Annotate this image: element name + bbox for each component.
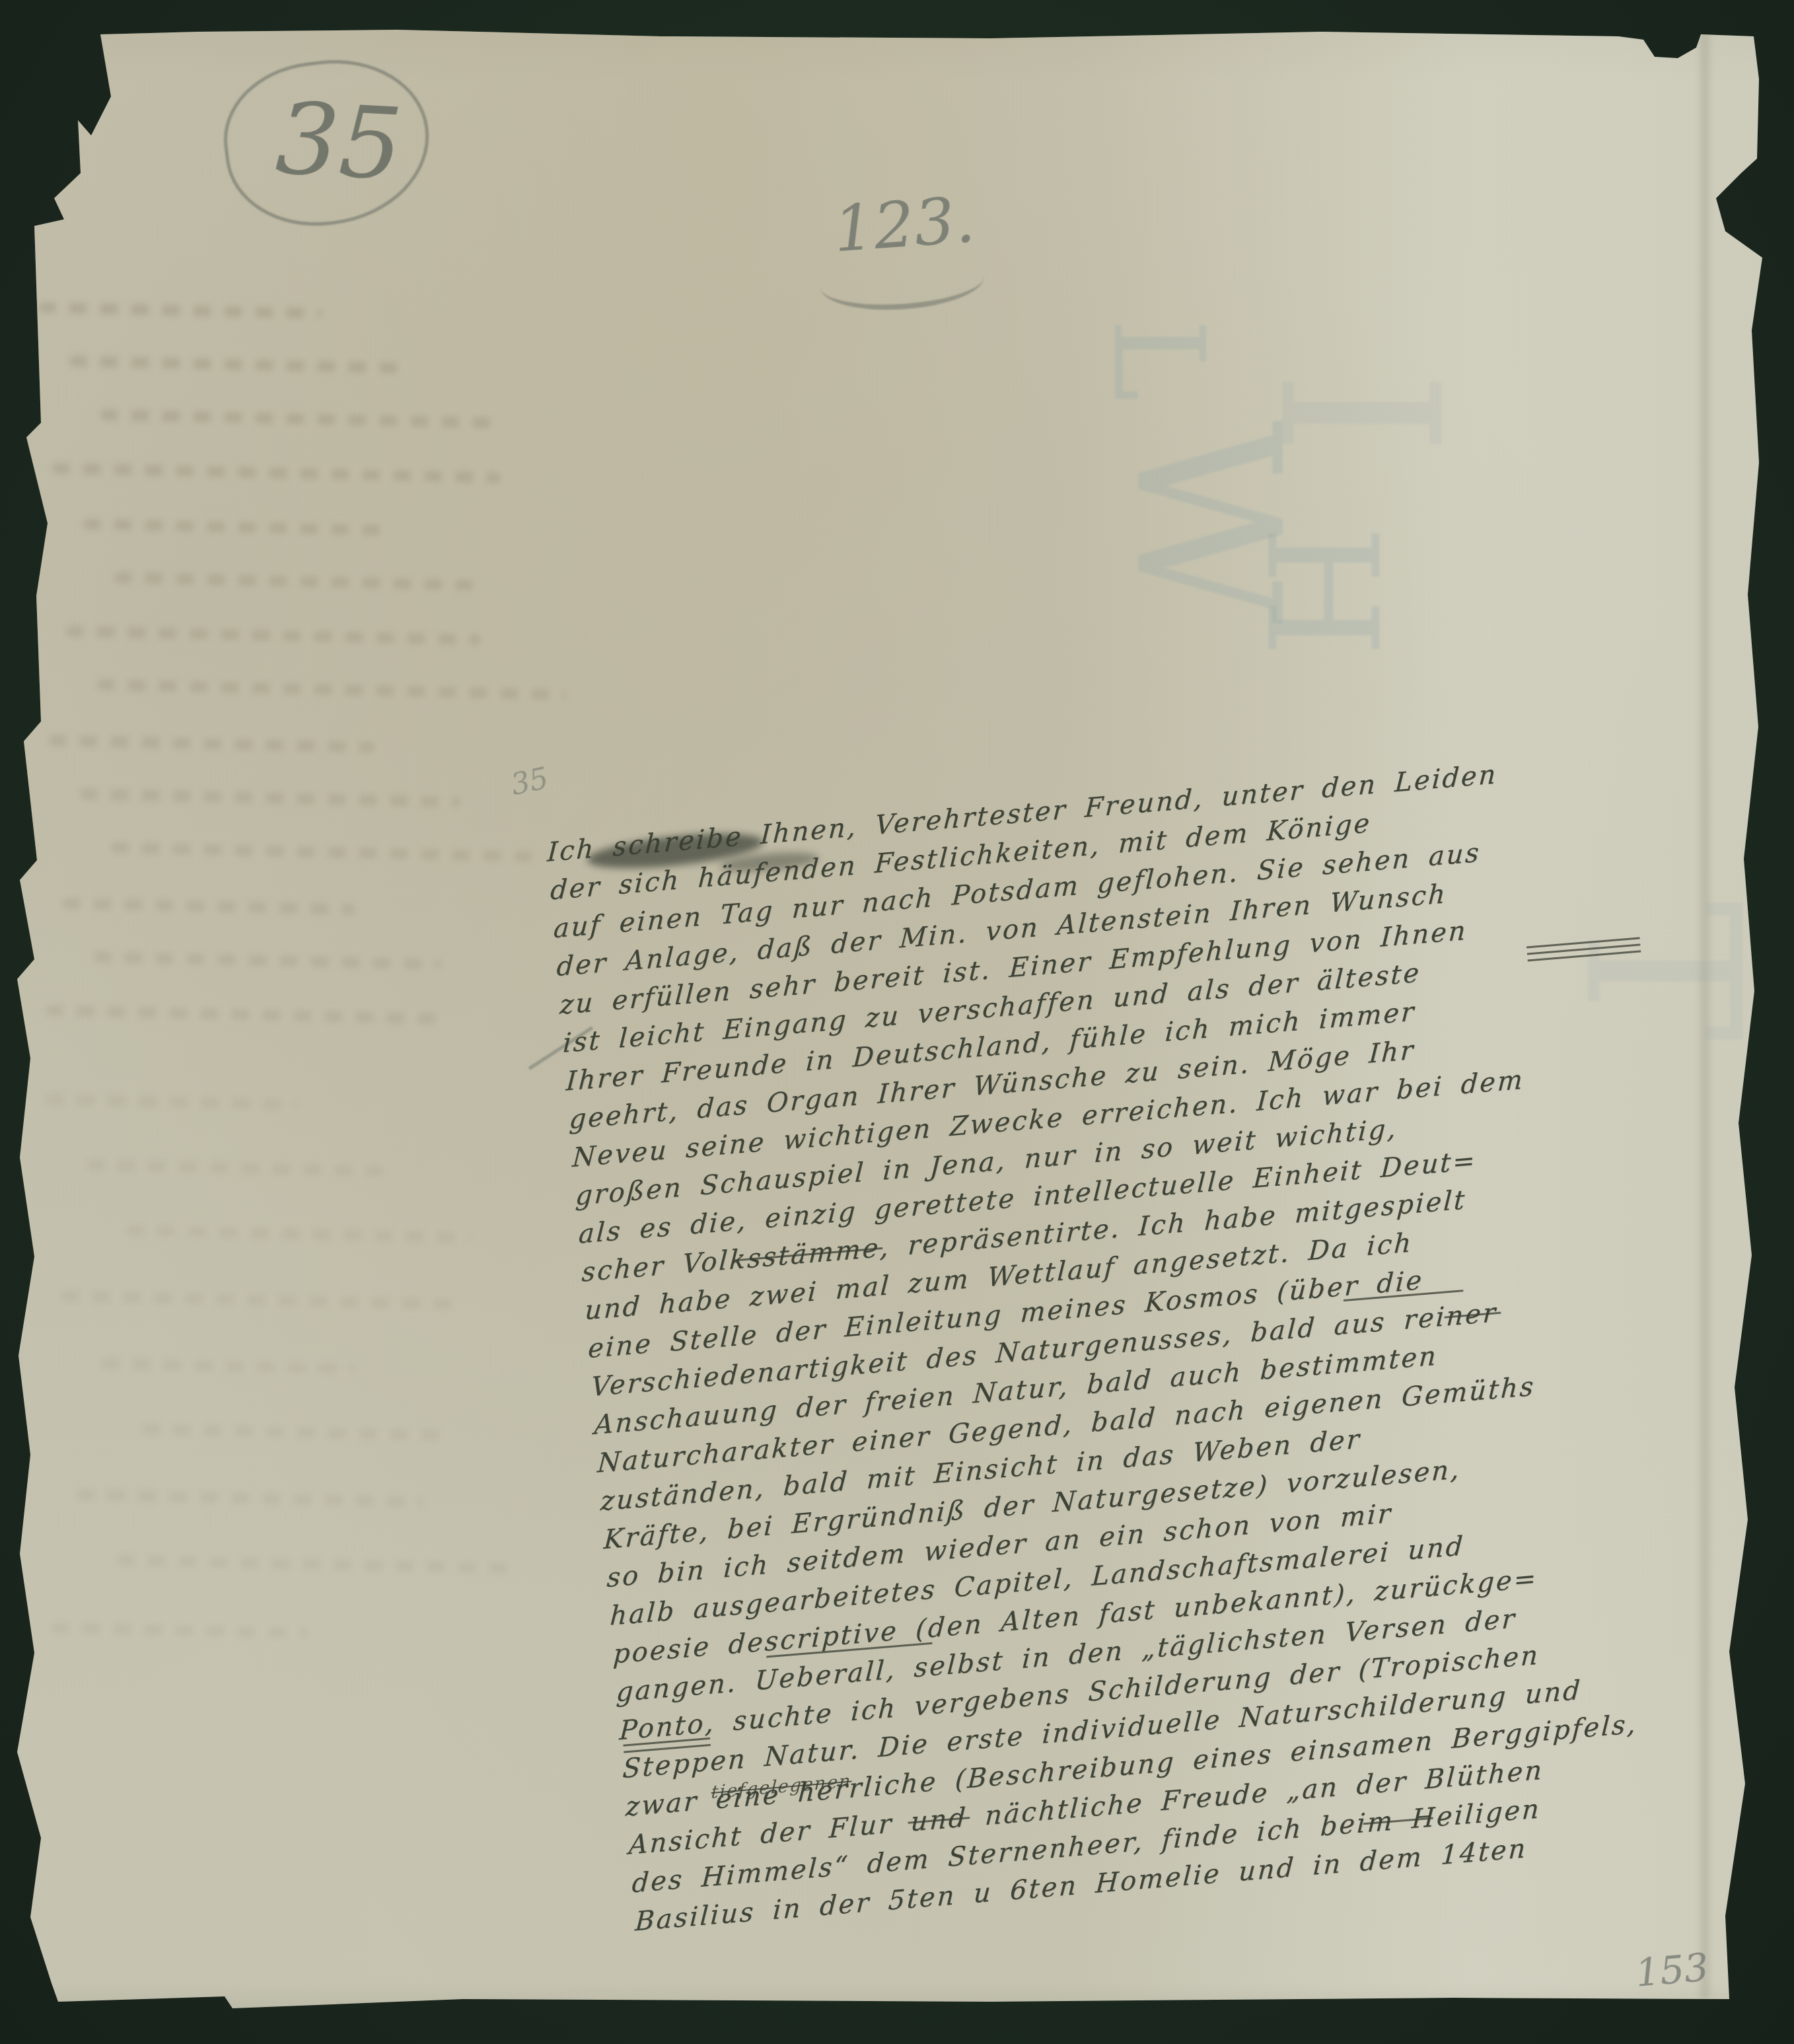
bleedthrough-line: [117, 1555, 511, 1574]
page-number-pencil: 123.: [831, 183, 977, 267]
bleedthrough-line: [46, 1094, 297, 1110]
bleedthrough-line: [83, 519, 388, 536]
bleedthrough-line: [46, 1005, 448, 1025]
bleedthrough-line: [87, 1159, 384, 1176]
bleedthrough-line: [69, 356, 408, 374]
bleedthrough-line: [102, 1358, 355, 1374]
bleedthrough-line: [142, 1424, 443, 1441]
bleedthrough-line: [52, 463, 501, 483]
bleedthrough-line: [52, 1623, 308, 1638]
watermark-letter: L: [1095, 318, 1221, 402]
paper-sheet: LWHIT 35 123. 35 153 Ich schreibe Ihnen,…: [0, 0, 1794, 2044]
bleedthrough-line: [94, 951, 441, 969]
bleedthrough-line: [49, 735, 375, 752]
bleedthrough-line: [80, 789, 461, 807]
scan-backdrop: LWHIT 35 123. 35 153 Ich schreibe Ihnen,…: [0, 0, 1794, 2044]
bleedthrough-line: [63, 898, 355, 914]
bleedthrough-line: [127, 1225, 472, 1243]
bleedthrough-line: [114, 572, 474, 590]
watermark-letter: H: [1244, 525, 1396, 658]
bleedthrough-line: [100, 410, 494, 428]
watermark-letter: I: [1248, 370, 1466, 456]
handwriting-lines: Ich schreibe Ihnen, Verehrtester Freund,…: [543, 739, 1793, 1942]
circled-number: 35: [273, 81, 406, 203]
bleedthrough-line: [38, 302, 322, 318]
margin-number-small: 35: [508, 762, 551, 803]
bleedthrough-line: [77, 1489, 424, 1507]
bleedthrough-line: [97, 680, 567, 700]
bleedthrough-line: [61, 1291, 453, 1309]
bleedthrough-line: [66, 626, 481, 645]
bleedthrough-line: [111, 842, 547, 862]
manuscript-text: Ich schreibe Ihnen, Verehrtester Freund,…: [543, 739, 1793, 1942]
corner-number: 153: [1633, 1944, 1710, 1995]
